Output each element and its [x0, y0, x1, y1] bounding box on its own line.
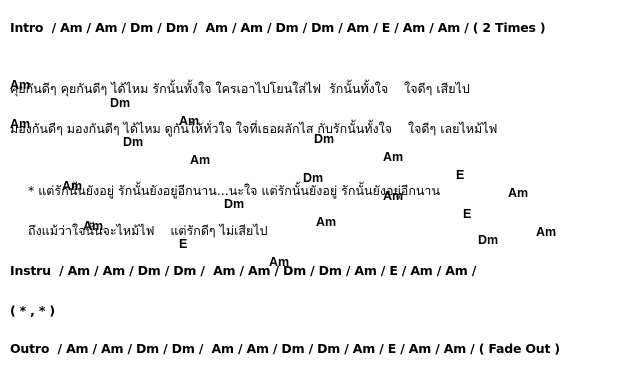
chord-row: Am Dm Am Dm Am E Am	[0, 99, 620, 115]
intro-line: Intro / Am / Am / Dm / Dm / Am / Am / Dm…	[10, 20, 545, 35]
chord-row: Am E Am	[0, 201, 620, 217]
lyric-line: ถึงแม้ว่าใจนั้นจะไหม้ไฟ แต่รักดีๆ ไม่เสี…	[28, 221, 268, 241]
chord-row: Am Dm Am Dm Am E Am	[0, 60, 620, 76]
lyric-line: * แต่รักนั้นยังอยู่ รักนั้นยังอยู่อีกนาน…	[28, 181, 440, 201]
lyric-line: คุยกันดีๆ คุยกันดีๆ ได้ไหม รักนั้นทั้งใจ…	[10, 79, 470, 99]
outro-line: Outro / Am / Am / Dm / Dm / Am / Am / Dm…	[10, 341, 560, 356]
chord: Am	[508, 186, 528, 200]
lyric-line: มองกันดีๆ มองกันดีๆ ได้ไหม ดูกันให้ทั่วใ…	[10, 119, 497, 139]
chord-row: Am Dm Am Dm	[0, 161, 620, 177]
instru-line: Instru / Am / Am / Dm / Dm / Am / Am / D…	[10, 263, 476, 278]
chord: Am	[316, 215, 336, 229]
chord: Am	[536, 225, 556, 239]
repeat-line: ( * , * )	[10, 303, 55, 318]
chord: Dm	[478, 233, 498, 247]
